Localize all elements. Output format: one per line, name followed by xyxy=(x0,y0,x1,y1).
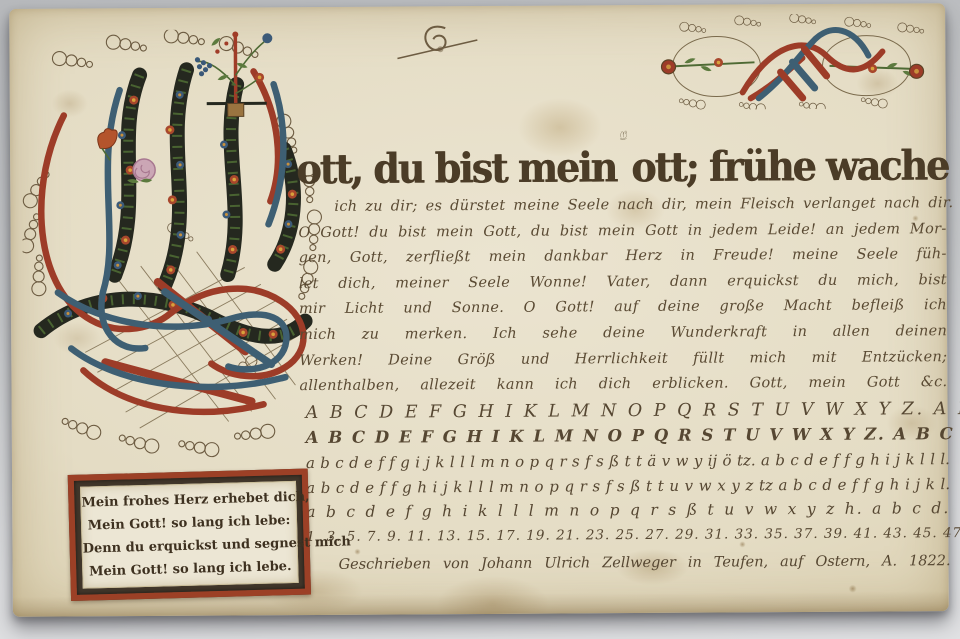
manuscript-page: ott, du bist mein ott; frühe wache ich z… xyxy=(9,3,949,617)
title-text-after: ott; frühe wache xyxy=(631,141,948,192)
cornflower xyxy=(262,33,272,43)
script-line: allenthalben, allezeit kann ich dich erb… xyxy=(299,370,947,400)
calligraphic-initial-G-icon xyxy=(620,75,628,195)
title-text-before: ott, du bist mein xyxy=(296,143,616,194)
script-line: gen, Gott, zerfließt mein dankbar Herz i… xyxy=(299,242,947,272)
numbers-row: 1. 3. 5. 7. 9. 11. 13. 15. 17. 19. 21. 2… xyxy=(306,525,950,545)
flourish-ribbons xyxy=(742,30,882,99)
verse-frame-box: Mein frohes Herz erhebet dich, Mein Gott… xyxy=(68,469,311,601)
script-line: let dich, meiner Seele Wonne! Vater, dan… xyxy=(299,268,947,298)
verse-text: Mein frohes Herz erhebet dich, Mein Gott… xyxy=(80,481,299,589)
alphabet-row-lowercase-3: a b c d e f g h i k l l l m n o p q r s … xyxy=(306,499,950,521)
psalm-script-block: ich zu dir; es dürstet meine Seele nach … xyxy=(298,191,947,400)
ink-squiggle-mark xyxy=(393,22,483,68)
floral-initial-G-ornament xyxy=(21,29,336,471)
verse-line: Mein Gott! so lang ich lebe. xyxy=(83,555,298,584)
flower-pot-crest xyxy=(195,31,273,116)
signature-line: Geschrieben von Johann Ulrich Zellweger … xyxy=(307,553,951,573)
grape-cluster xyxy=(195,57,212,76)
script-line: O Gott! du bist mein Gott, du bist mein … xyxy=(298,217,946,247)
script-line: Werken! Deine Größ und Herrlichkeit füll… xyxy=(299,345,947,375)
script-line: ich zu dir; es dürstet meine Seele nach … xyxy=(298,191,946,221)
title-line: ott, du bist mein ott; frühe wache xyxy=(296,103,949,193)
alphabet-row-kurrent-capitals: A B C D E F G H I K L M N O P Q R S T U … xyxy=(306,424,950,447)
script-line: mir Licht und Sonne. O Gott! auf deine g… xyxy=(299,294,947,324)
alphabet-row-lowercase-1: a b c d e f f g i j k l l l m n o p q r … xyxy=(306,450,950,472)
script-line: mich zu merken. Ich sehe deine Wunderkra… xyxy=(299,319,947,349)
ribbon-flower-flourish xyxy=(654,13,930,110)
alphabet-row-lowercase-2: a b c d e f f g h i j k l l l m n o p q … xyxy=(306,475,950,497)
tulip xyxy=(98,129,118,161)
alphabet-row-capitals: A B C D E F G H I K L M N O P Q R S T U … xyxy=(306,399,950,423)
